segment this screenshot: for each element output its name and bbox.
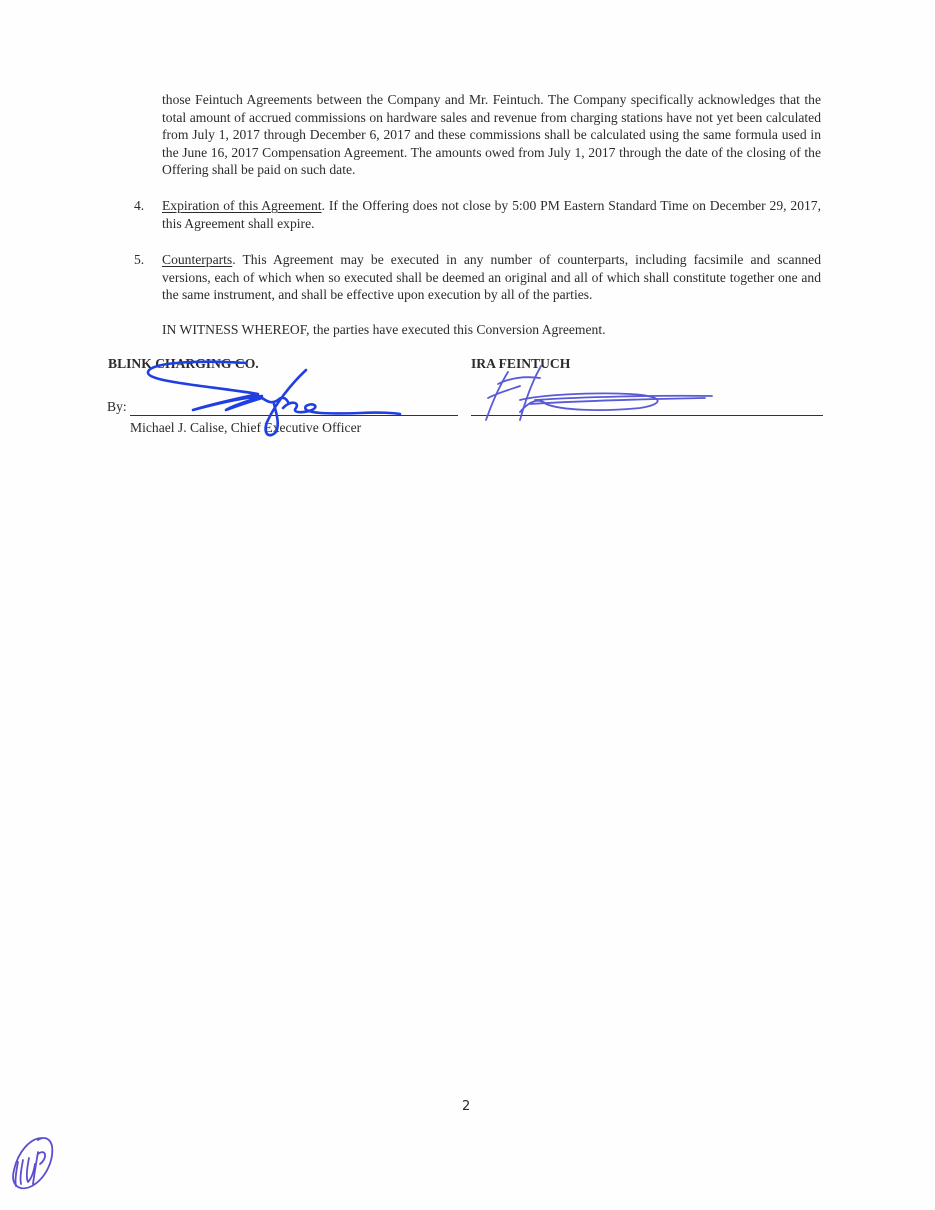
section-number: 5. [134, 251, 144, 269]
by-label: By: [107, 399, 127, 415]
section-heading: Expiration of this Agreement [162, 198, 322, 213]
document-page: those Feintuch Agreements between the Co… [0, 0, 935, 1210]
individual-signature-icon [0, 0, 935, 1210]
initials-icon [0, 0, 935, 1210]
section-body: Counterparts. This Agreement may be exec… [162, 251, 821, 304]
section-4: 4. Expiration of this Agreement. If the … [134, 197, 821, 232]
witness-clause: IN WITNESS WHEREOF, the parties have exe… [162, 321, 821, 339]
page-number: 2 [462, 1099, 470, 1114]
company-signature-icon [0, 0, 935, 1210]
company-name: BLINK CHARGING CO. [108, 356, 259, 372]
company-signer-title: Michael J. Calise, Chief Executive Offic… [130, 420, 361, 436]
section-number: 4. [134, 197, 144, 215]
section-text: . This Agreement may be executed in any … [162, 252, 821, 302]
company-signature-line [130, 415, 458, 416]
section-5: 5. Counterparts. This Agreement may be e… [134, 251, 821, 304]
section-heading: Counterparts [162, 252, 232, 267]
individual-name: IRA FEINTUCH [471, 356, 570, 372]
individual-signature-line [471, 415, 823, 416]
continuation-paragraph: those Feintuch Agreements between the Co… [162, 91, 821, 179]
section-body: Expiration of this Agreement. If the Off… [162, 197, 821, 232]
